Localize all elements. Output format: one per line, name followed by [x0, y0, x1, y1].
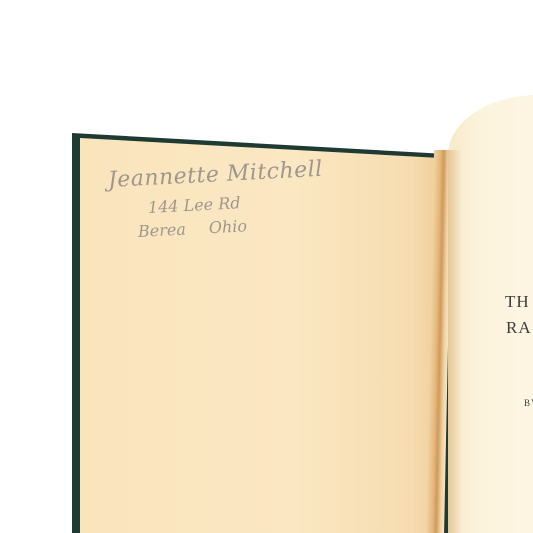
left-endpaper: [80, 138, 440, 533]
title-line-2: RA: [506, 318, 532, 338]
title-line-1: TH: [505, 292, 530, 312]
title-page-shadow: [448, 150, 462, 533]
book-photo: Jeannette Mitchell 144 Lee Rd Berea Ohio…: [0, 0, 533, 533]
title-byline: BY: [524, 398, 533, 408]
